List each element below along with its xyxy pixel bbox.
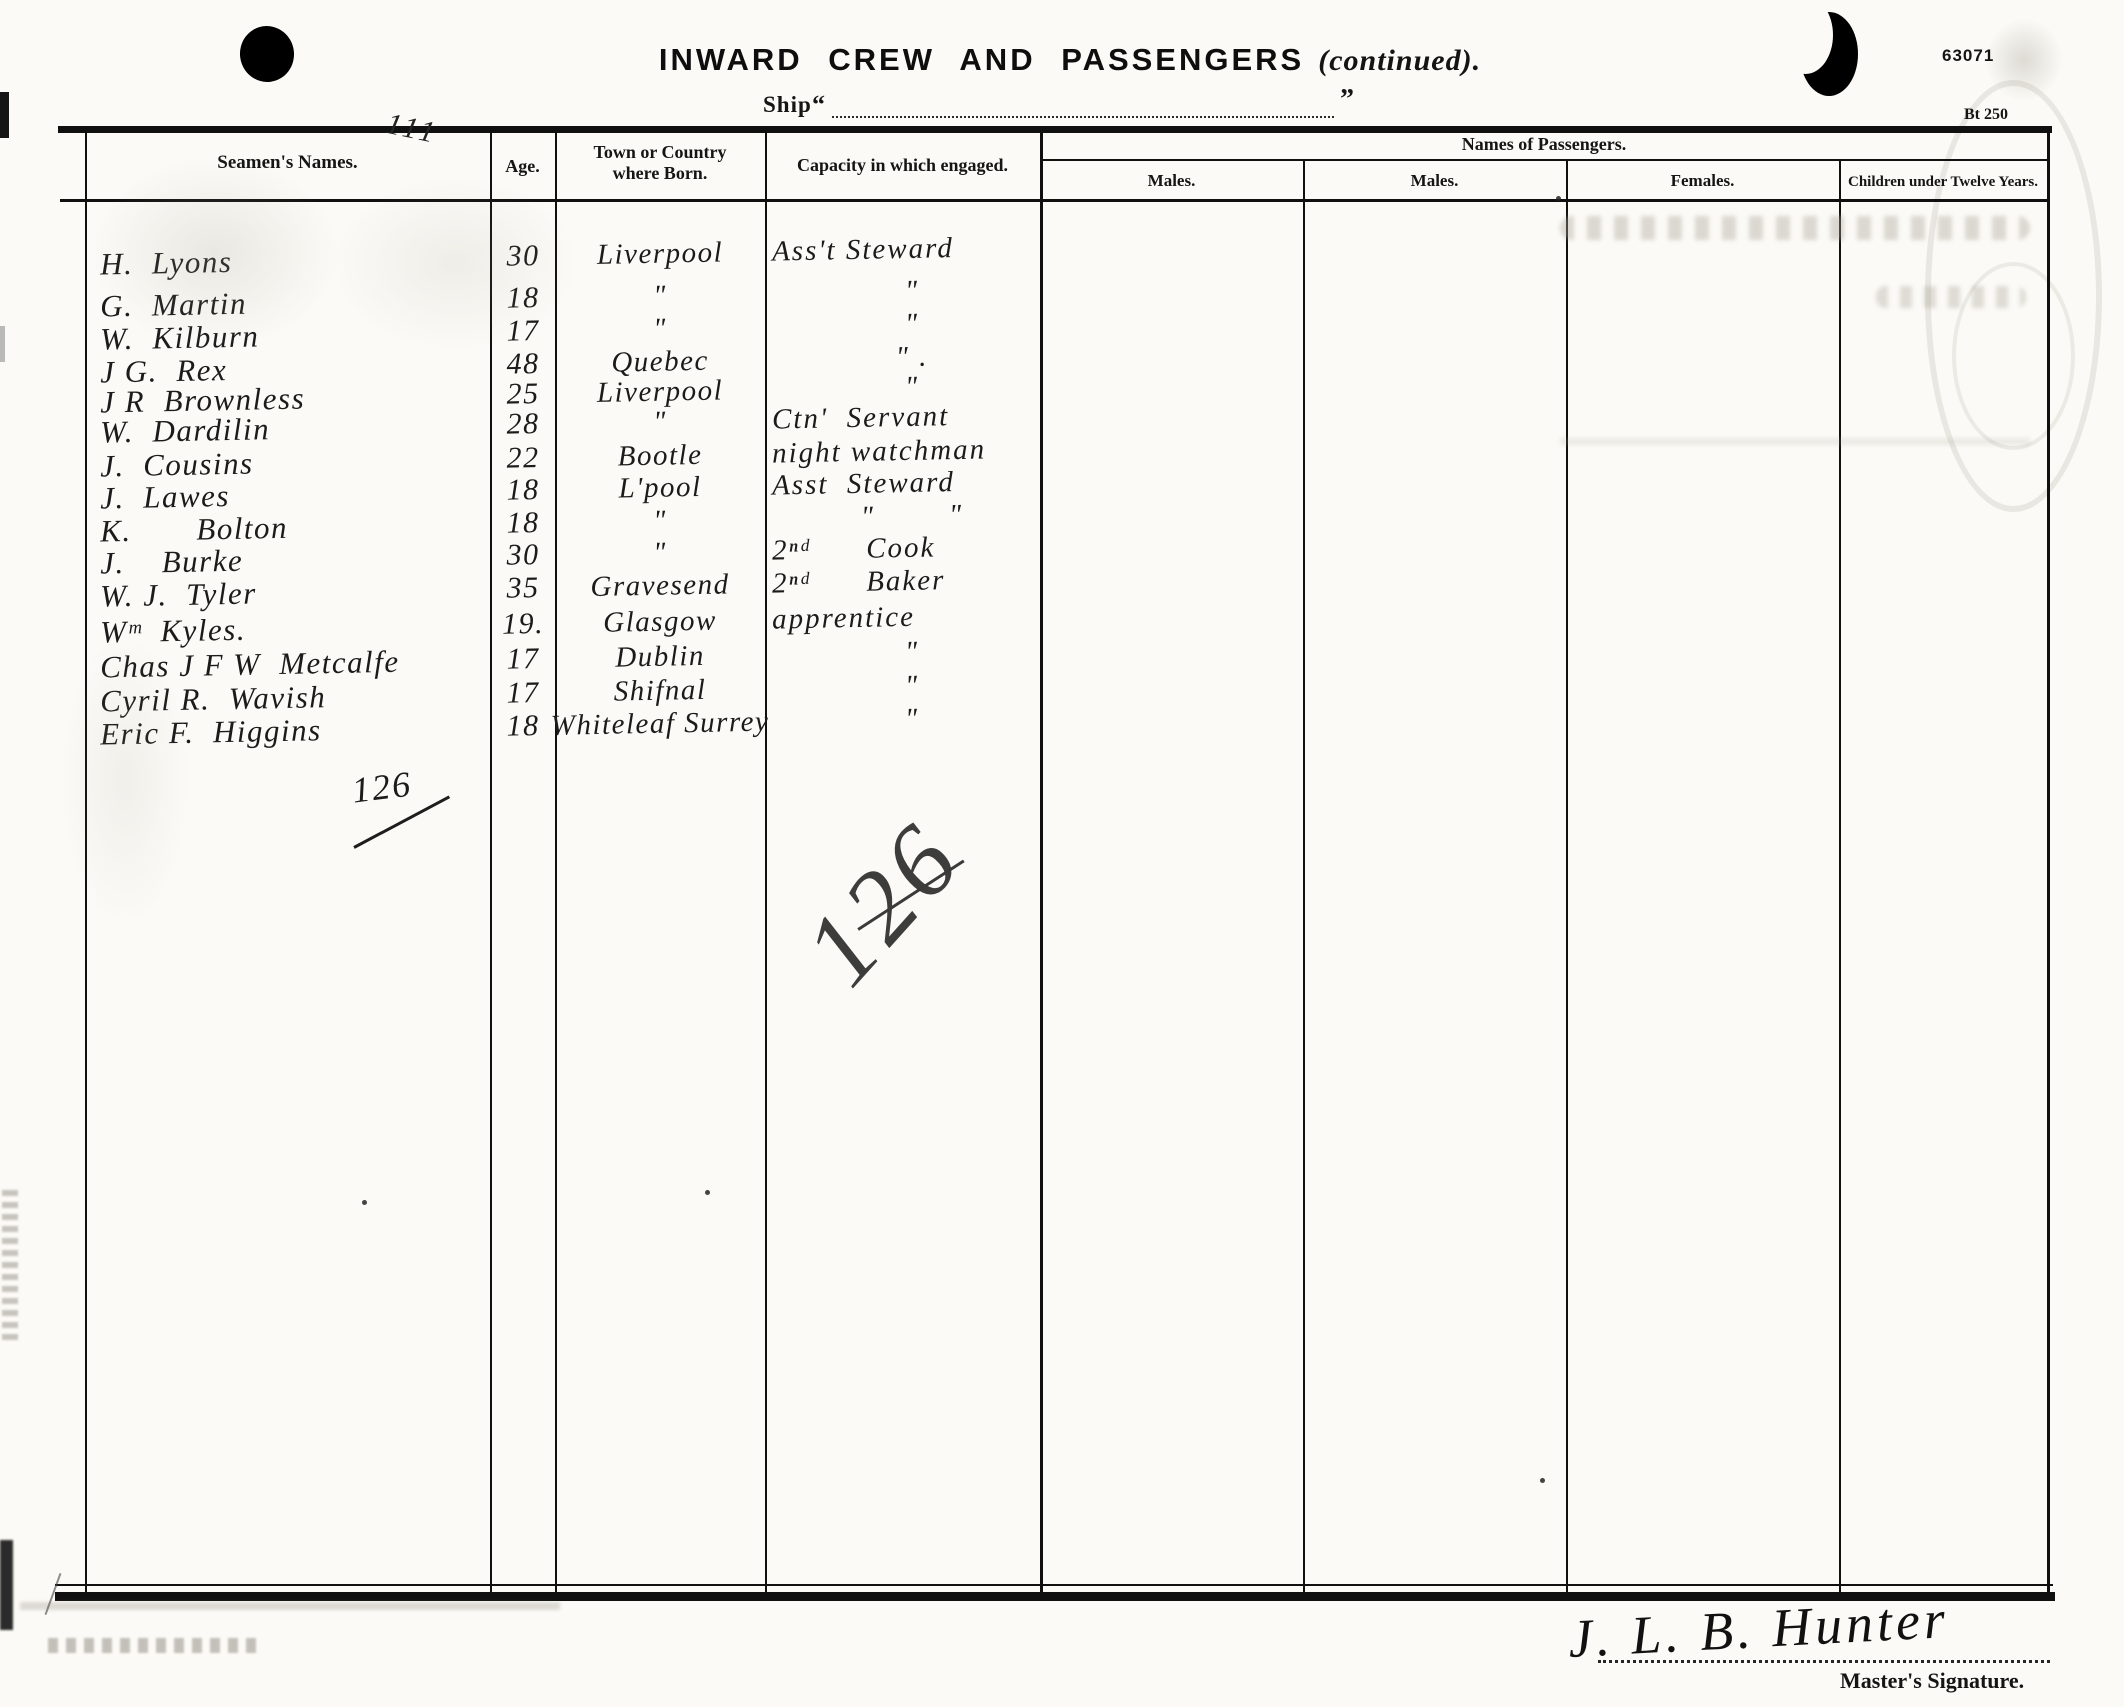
scanned-crew-list-page: 63071 INWARD CREW AND PASSENGERS(continu… — [0, 0, 2124, 1707]
master-signature-label: Master's Signature. — [1840, 1668, 2024, 1694]
names-column-count: 126 — [350, 763, 415, 812]
capacity-column-count-wrap: 126 — [768, 788, 998, 1018]
seaman-name: Eric F. Higgins — [100, 709, 501, 753]
ink-speck — [1540, 1478, 1545, 1483]
capacity-column-count: 126 — [781, 799, 986, 1008]
seaman-capacity: " — [772, 698, 1053, 739]
ink-speck — [1556, 196, 1561, 201]
seaman-name: H. Lyons — [100, 239, 501, 283]
crew-rows: H. Lyons30LiverpoolAss't StewardG. Marti… — [0, 0, 2124, 1707]
seaman-town: Whiteleaf Surrey — [548, 704, 773, 744]
signature-dotted-line — [1598, 1638, 2050, 1663]
seaman-town: Glasgow — [548, 602, 773, 642]
seaman-town: Liverpool — [548, 234, 773, 274]
seaman-town: Gravesend — [548, 566, 773, 606]
ink-speck — [362, 1200, 367, 1205]
seaman-capacity: Ass't Steward — [772, 228, 1053, 269]
ink-speck — [705, 1190, 710, 1195]
seaman-capacity: 2ⁿᵈ Baker — [772, 560, 1053, 601]
